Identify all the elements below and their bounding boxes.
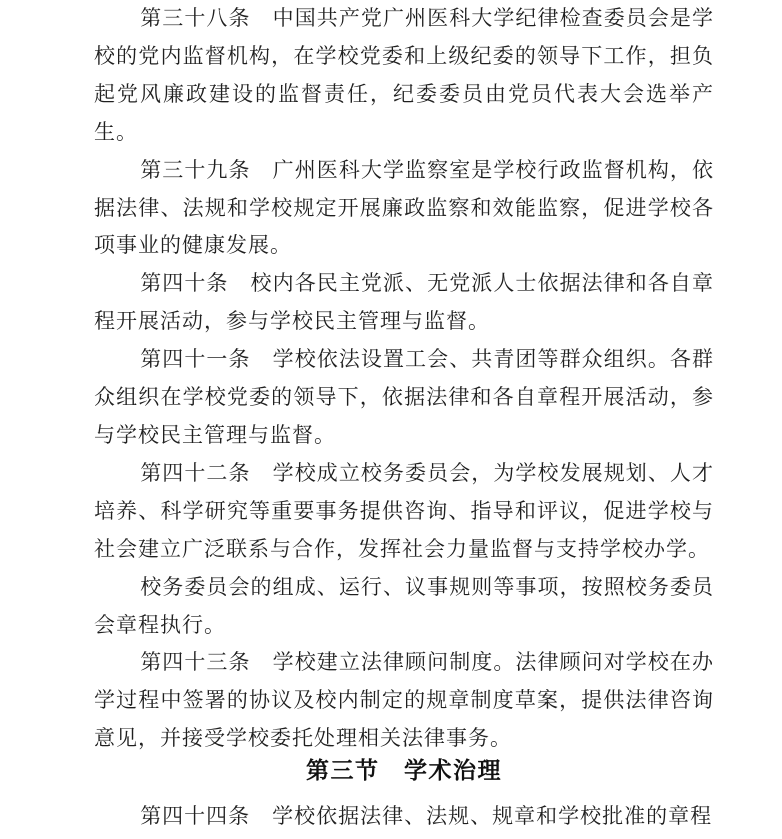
para-article-44: 第四十四条 学校依据法律、法规、规章和学校批准的章程 (94, 798, 714, 836)
para-article-41: 第四十一条 学校依法设置工会、共青团等群众组织。各群众组织在学校党委的领导下，依… (94, 341, 714, 455)
document-text-block: 第三十八条 中国共产党广州医科大学纪律检查委员会是学校的党内监督机构，在学校党委… (94, 0, 714, 836)
para-article-43: 第四十三条 学校建立法律顾问制度。法律顾问对学校在办学过程中签署的协议及校内制定… (94, 644, 714, 758)
para-article-42: 第四十二条 学校成立校务委员会，为学校发展规划、人才培养、科学研究等重要事务提供… (94, 455, 714, 569)
para-article-39: 第三十九条 广州医科大学监察室是学校行政监督机构，依据法律、法规和学校规定开展廉… (94, 152, 714, 266)
para-article-40: 第四十条 校内各民主党派、无党派人士依据法律和各自章程开展活动，参与学校民主管理… (94, 265, 714, 341)
document-page: 第三十八条 中国共产党广州医科大学纪律检查委员会是学校的党内监督机构，在学校党委… (0, 0, 782, 839)
para-committee-rules: 校务委员会的组成、运行、议事规则等事项，按照校务委员会章程执行。 (94, 569, 714, 645)
para-article-38: 第三十八条 中国共产党广州医科大学纪律检查委员会是学校的党内监督机构，在学校党委… (94, 0, 714, 152)
